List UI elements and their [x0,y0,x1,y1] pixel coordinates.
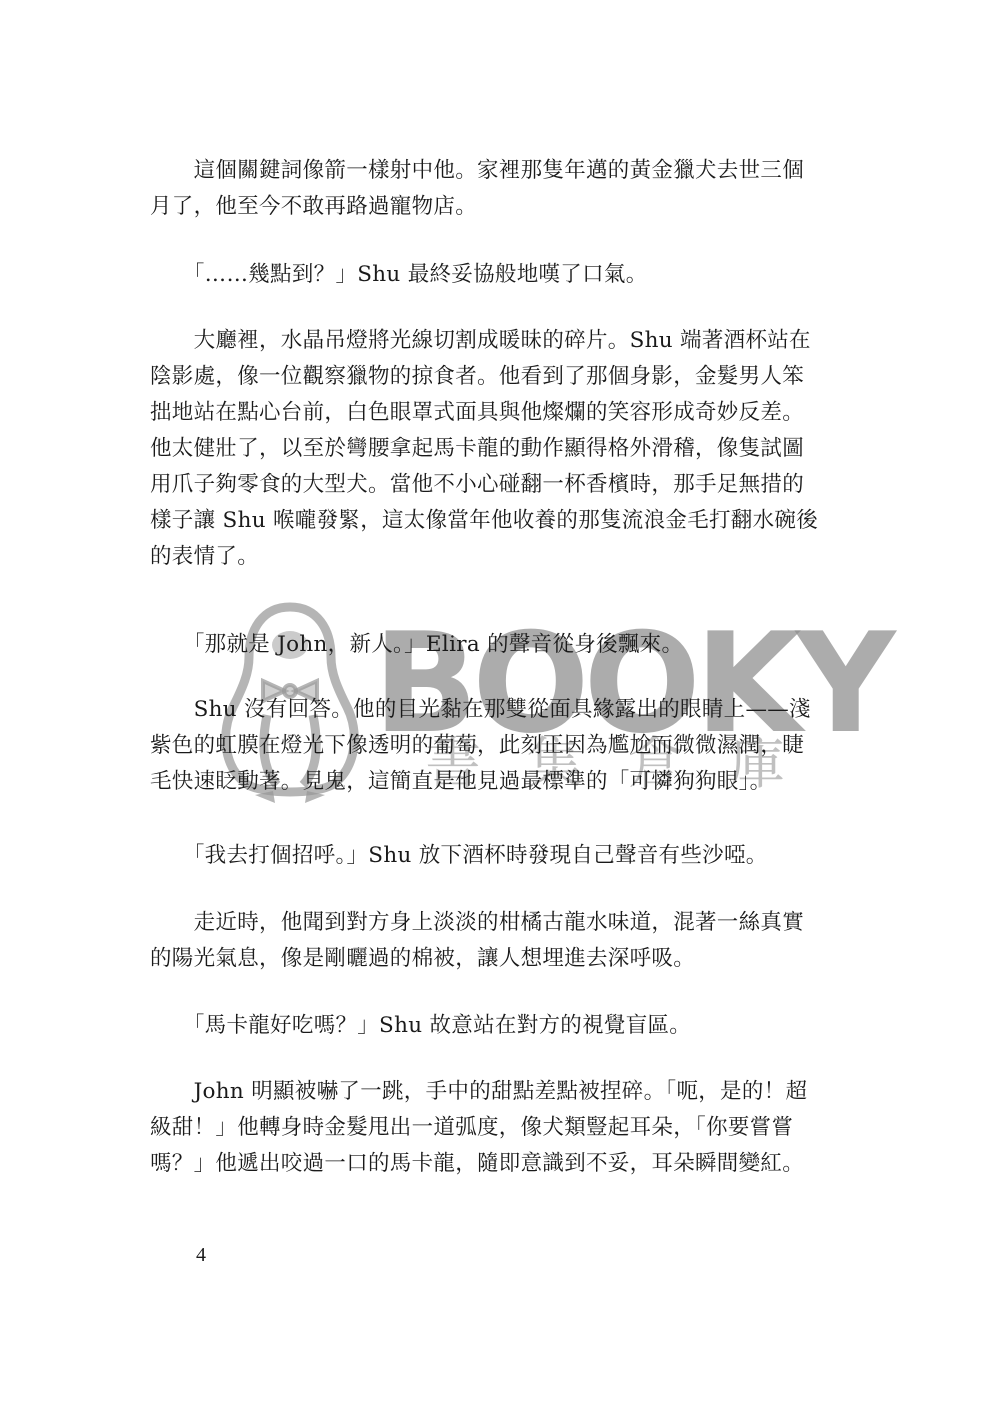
paragraph: 走近時，他聞到對方身上淡淡的柑橘古龍水味道，混著一絲真實 的陽光氣息，像是剛曬過… [150,905,840,977]
text-line: 走近時，他聞到對方身上淡淡的柑橘古龍水味道，混著一絲真實 [150,905,840,941]
text-line: 紫色的虹膜在燈光下像透明的葡萄，此刻正因為尷尬而微微濕潤，睫 [150,728,840,764]
text-line: 的表情了。 [150,539,840,575]
text-line: 毛快速眨動著。見鬼，這簡直是他見過最標準的「可憐狗狗眼」。 [150,764,840,800]
body-text: 這個關鍵詞像箭一樣射中他。家裡那隻年邁的黃金獵犬去世三個 月了，他至今不敢再路過… [0,0,1000,1402]
paragraph: 「馬卡龍好吃嗎？」Shu 故意站在對方的視覺盲區。 [150,1008,840,1044]
text-line: 月了，他至今不敢再路過寵物店。 [150,189,840,225]
paragraph: 「那就是 John，新人。」Elira 的聲音從身後飄來。 [150,627,840,663]
text-line: 級甜！」他轉身時金髮甩出一道弧度，像犬類豎起耳朵，「你要嘗嘗 [150,1110,840,1146]
document-page: BOOKY 書 集 倉 庫 這個關鍵詞像箭一樣射中他。家裡那隻年邁的黃金獵犬去世… [0,0,1000,1402]
text-line: 「那就是 John，新人。」Elira 的聲音從身後飄來。 [150,627,840,663]
text-line: 用爪子夠零食的大型犬。當他不小心碰翻一杯香檳時，那手足無措的 [150,467,840,503]
paragraph: 「我去打個招呼。」Shu 放下酒杯時發現自己聲音有些沙啞。 [150,838,840,874]
text-line: 這個關鍵詞像箭一樣射中他。家裡那隻年邁的黃金獵犬去世三個 [150,153,840,189]
paragraph: Shu 沒有回答。他的目光黏在那雙從面具緣露出的眼睛上——淺 紫色的虹膜在燈光下… [150,692,840,800]
text-line: 拙地站在點心台前，白色眼罩式面具與他燦爛的笑容形成奇妙反差。 [150,395,840,431]
text-line: 樣子讓 Shu 喉嚨發緊，這太像當年他收養的那隻流浪金毛打翻水碗後 [150,503,840,539]
paragraph: 「……幾點到？」Shu 最終妥協般地嘆了口氣。 [150,257,840,293]
text-line: 「我去打個招呼。」Shu 放下酒杯時發現自己聲音有些沙啞。 [150,838,840,874]
page-number: 4 [196,1244,206,1267]
paragraph: 這個關鍵詞像箭一樣射中他。家裡那隻年邁的黃金獵犬去世三個 月了，他至今不敢再路過… [150,153,840,225]
text-line: 「……幾點到？」Shu 最終妥協般地嘆了口氣。 [150,257,840,293]
text-line: 陰影處，像一位觀察獵物的掠食者。他看到了那個身影，金髮男人笨 [150,359,840,395]
text-line: 他太健壯了，以至於彎腰拿起馬卡龍的動作顯得格外滑稽，像隻試圖 [150,431,840,467]
text-line: 「馬卡龍好吃嗎？」Shu 故意站在對方的視覺盲區。 [150,1008,840,1044]
paragraph: John 明顯被嚇了一跳，手中的甜點差點被捏碎。「呃，是的！超 級甜！」他轉身時… [150,1074,840,1182]
text-line: Shu 沒有回答。他的目光黏在那雙從面具緣露出的眼睛上——淺 [150,692,840,728]
text-line: 的陽光氣息，像是剛曬過的棉被，讓人想埋進去深呼吸。 [150,941,840,977]
text-line: 嗎？」他遞出咬過一口的馬卡龍，隨即意識到不妥，耳朵瞬間變紅。 [150,1146,840,1182]
text-line: 大廳裡，水晶吊燈將光線切割成暖昧的碎片。Shu 端著酒杯站在 [150,323,840,359]
text-line: John 明顯被嚇了一跳，手中的甜點差點被捏碎。「呃，是的！超 [150,1074,840,1110]
paragraph: 大廳裡，水晶吊燈將光線切割成暖昧的碎片。Shu 端著酒杯站在 陰影處，像一位觀察… [150,323,840,575]
